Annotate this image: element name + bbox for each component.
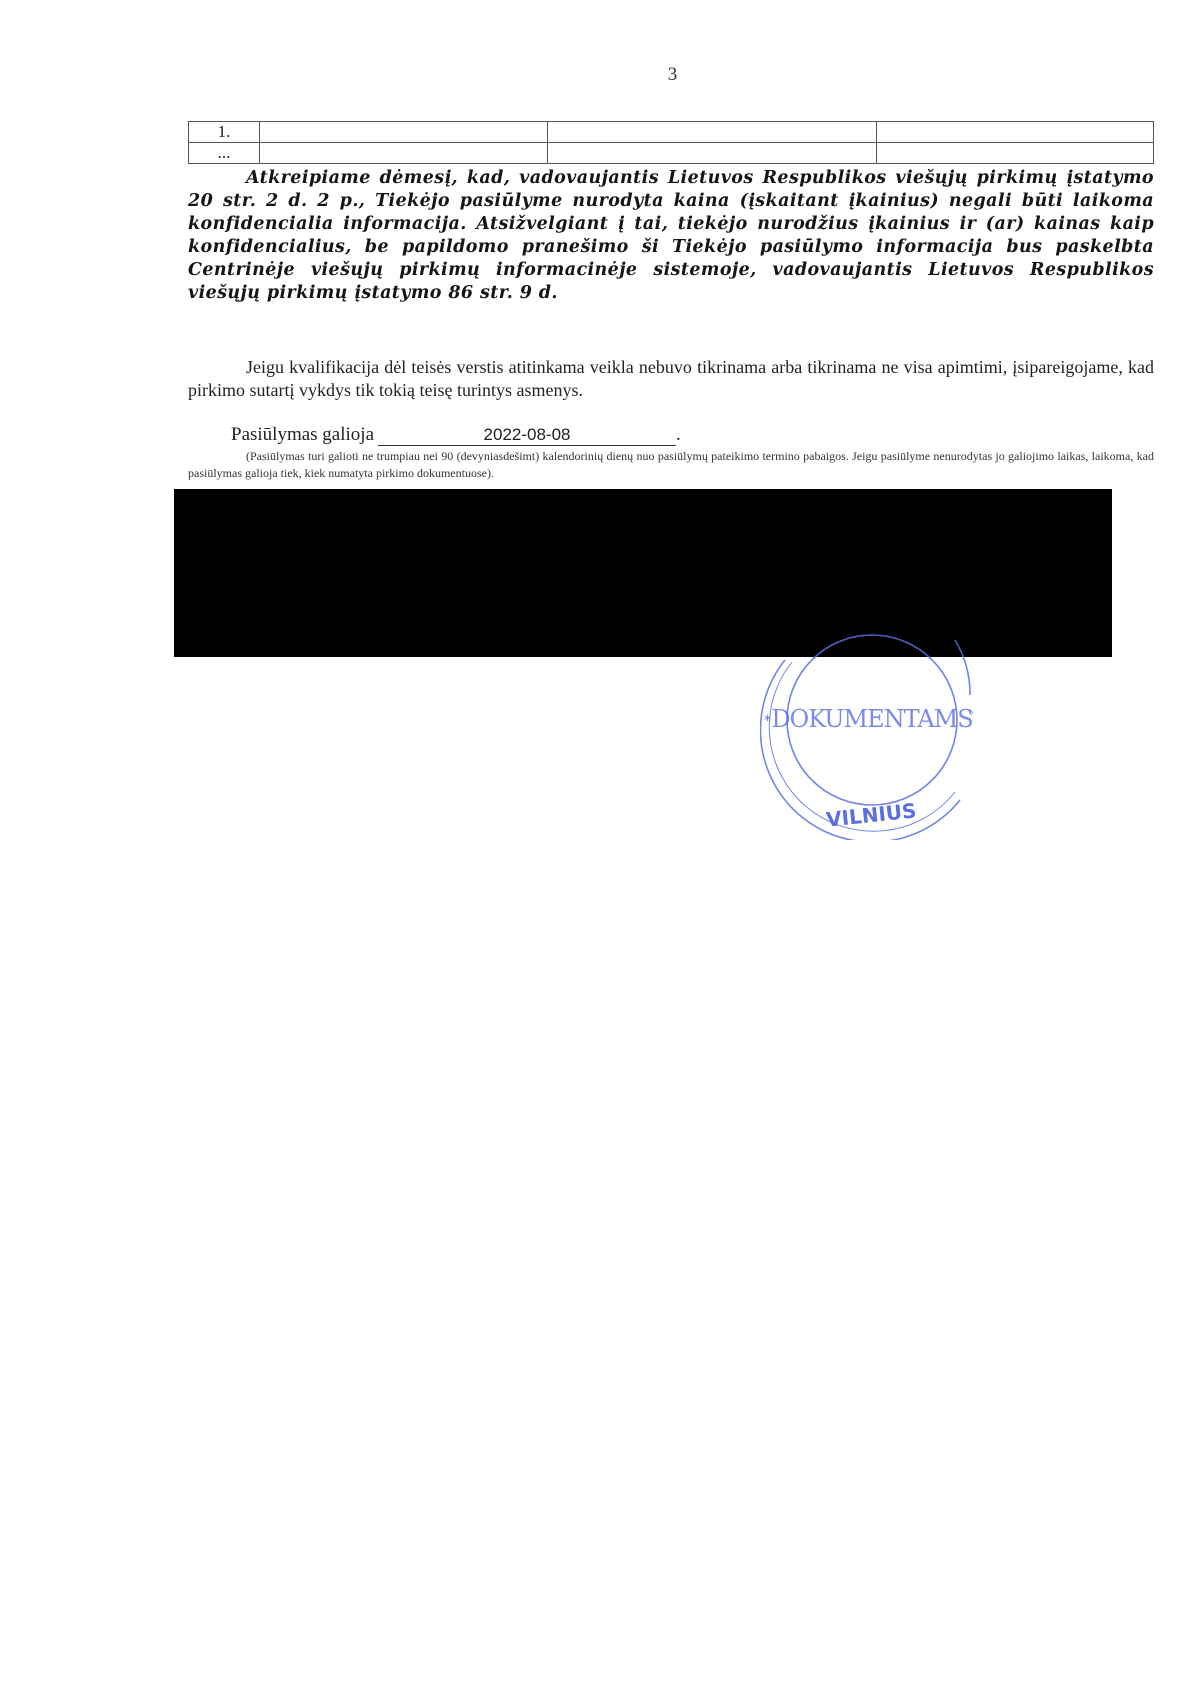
page-number: 3 [0,64,1189,86]
stamp-center-text: DOKUMENTAMS [771,705,972,733]
svg-text:*: * [764,713,771,729]
validity-suffix: . [676,424,681,445]
qualification-text: Jeigu kvalifikacija dėl teisės verstis a… [188,357,1154,400]
table-cell [260,143,548,164]
qualification-paragraph: Jeigu kvalifikacija dėl teisės verstis a… [188,356,1154,402]
items-table: 1. ... [188,121,1154,164]
table-row: 1. [189,122,1154,143]
confidentiality-notice: Atkreipiame dėmesį, kad, vadovaujantis L… [188,167,1154,305]
table-cell [260,122,548,143]
table-cell [877,122,1154,143]
table-row: ... [189,143,1154,164]
table-cell [548,143,877,164]
row-index: 1. [189,122,260,143]
validity-date: 2022-08-08 [378,425,676,446]
validity-note: (Pasiūlymas turi galioti ne trumpiau nei… [188,448,1154,482]
validity-note-text: (Pasiūlymas turi galioti ne trumpiau nei… [188,449,1154,480]
row-index: ... [189,143,260,164]
table-cell [877,143,1154,164]
validity-line: Pasiūlymas galioja2022-08-08. [231,424,681,446]
validity-label: Pasiūlymas galioja [231,424,374,445]
notice-text: Atkreipiame dėmesį, kad, vadovaujantis L… [188,168,1154,303]
table-cell [548,122,877,143]
stamp-icon: * ° DOKUMENTAMS VILNIUS [760,600,990,840]
